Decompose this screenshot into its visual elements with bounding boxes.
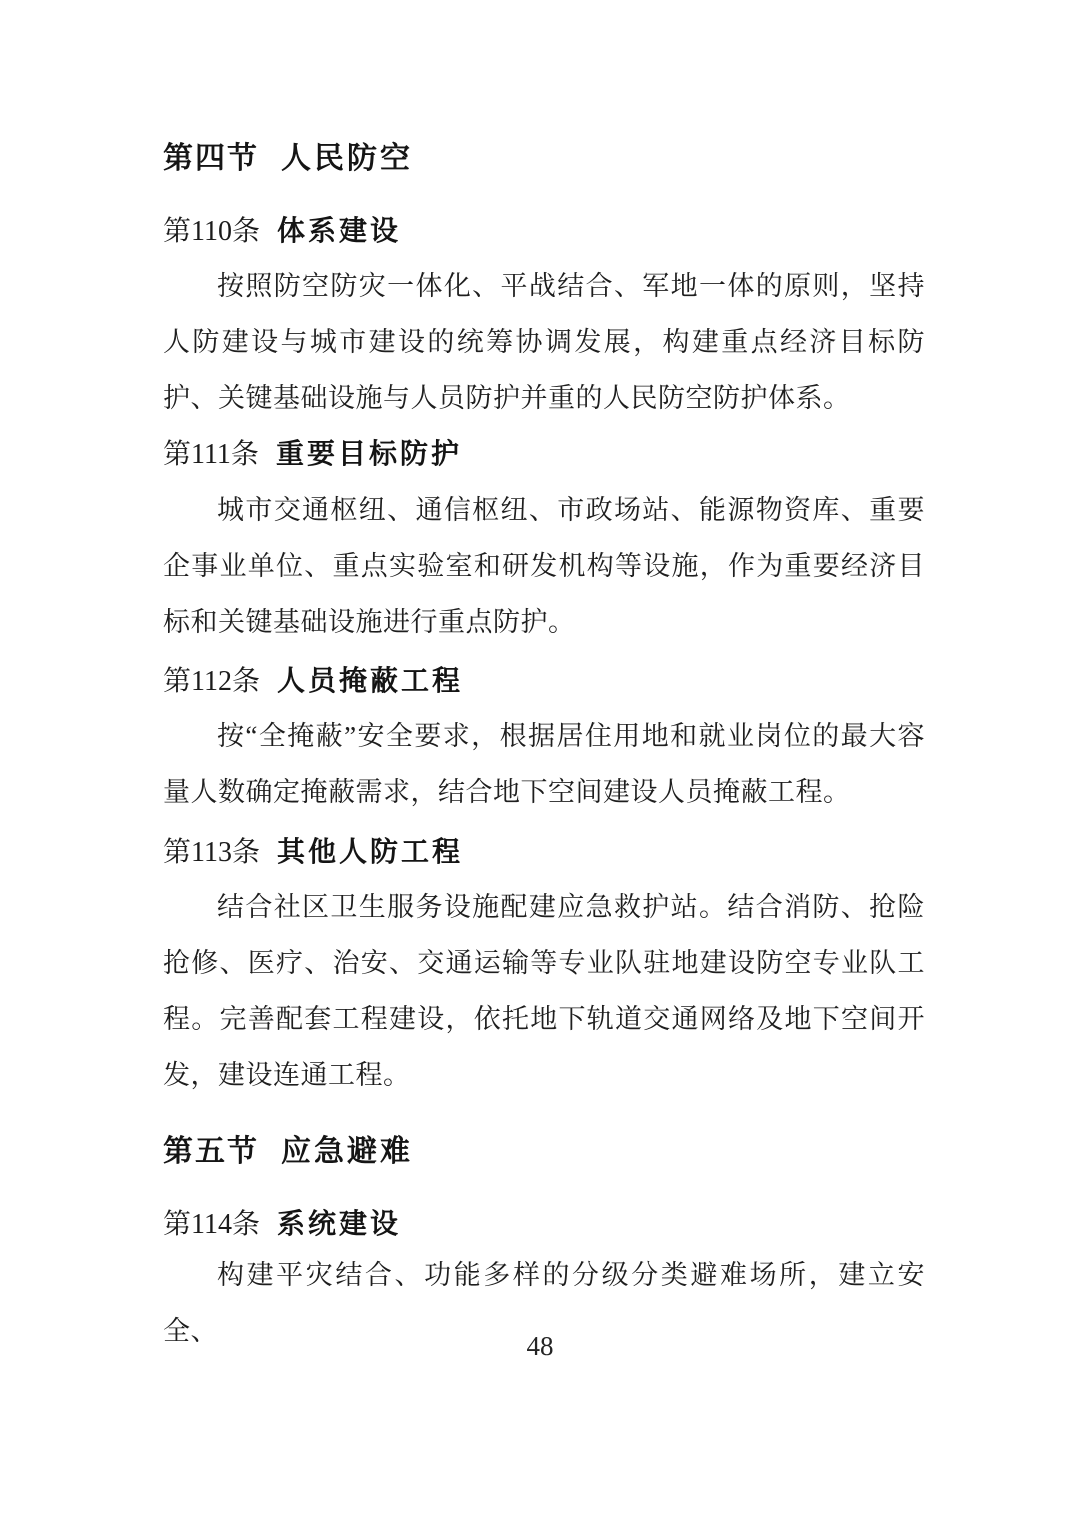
article-number: 第111条 [163,439,259,470]
section-title: 人民防空 [281,142,413,175]
article-title: 系统建设 [277,1208,401,1239]
article-112-heading: 第112条人员掩蔽工程 [163,667,463,696]
article-112-body: 按“全掩蔽”安全要求，根据居住用地和就业岗位的最大容量人数确定掩蔽需求，结合地下… [163,708,925,820]
document-page: 第四节人民防空 第110条体系建设 按照防空防灾一体化、平战结合、军地一体的原则… [0,0,1080,1527]
article-113-heading: 第113条其他人防工程 [163,838,463,867]
article-title: 人员掩蔽工程 [277,665,463,696]
article-110-heading: 第110条体系建设 [163,217,401,246]
section-label: 第五节 [163,1135,259,1168]
article-110-body: 按照防空防灾一体化、平战结合、军地一体的原则，坚持人防建设与城市建设的统筹协调发… [163,258,925,426]
article-111-body: 城市交通枢纽、通信枢纽、市政场站、能源物资库、重要企事业单位、重点实验室和研发机… [163,482,925,650]
article-number: 第110条 [163,216,260,247]
article-111-heading: 第111条重要目标防护 [163,440,462,469]
article-title: 其他人防工程 [277,836,463,867]
section-title: 应急避难 [281,1135,413,1168]
section-label: 第四节 [163,142,259,175]
section-heading-4: 第四节人民防空 [163,144,413,174]
section-heading-5: 第五节应急避难 [163,1137,413,1167]
article-number: 第113条 [163,837,260,868]
page-number: 48 [0,1333,1080,1360]
article-113-body: 结合社区卫生服务设施配建应急救护站。结合消防、抢险抢修、医疗、治安、交通运输等专… [163,879,925,1103]
article-number: 第114条 [163,1209,260,1240]
article-114-heading: 第114条系统建设 [163,1210,401,1239]
article-number: 第112条 [163,666,260,697]
article-title: 重要目标防护 [276,438,462,469]
article-title: 体系建设 [277,215,401,246]
